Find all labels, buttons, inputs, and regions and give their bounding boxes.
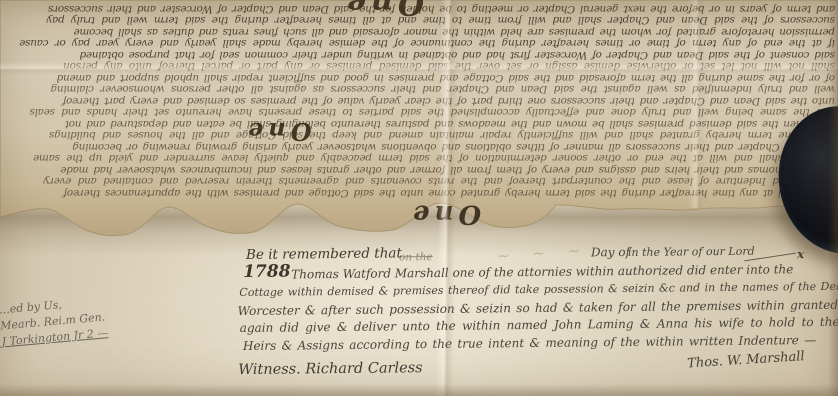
memo-year-phrase: in the Year of our Lord [628,245,755,259]
memo-year-1788: 1788 [243,262,291,282]
parchment-right-edge [828,0,838,396]
witness-line: Witness. Richard Carless [238,360,423,378]
parchment-bottom-edge [0,384,838,396]
memo-line-2: Thomas Watford Marshall one of the attor… [291,262,793,281]
memo-struck-words: on the [399,251,433,263]
parchment-photo: do or shall at any time hereafter during… [0,0,838,396]
memo-day-of: Day of [591,245,630,259]
memo-x-mark: x [797,247,804,261]
marshall-signature: Thos. W. Marshall [687,349,805,371]
memo-opening: Be it remembered that [246,245,402,263]
memo-line-5: again did give & deliver unto the within… [240,314,838,335]
memo-line-3: Cottage within demised & premises thereo… [239,279,838,299]
memo-line-6: Heirs & Assigns according to the true in… [243,333,816,353]
